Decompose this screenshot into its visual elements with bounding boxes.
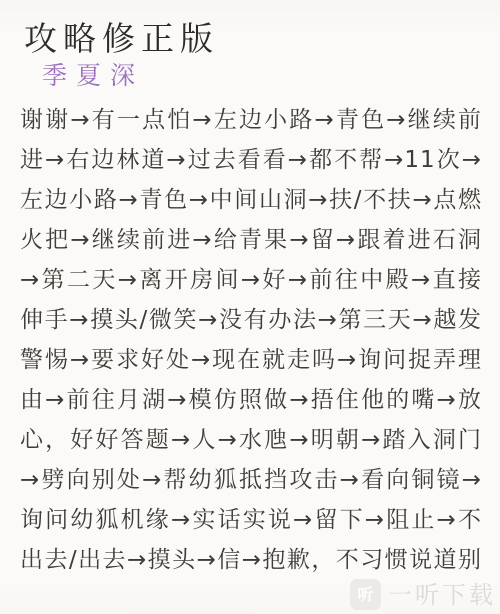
- document-page: 攻略修正版 季夏深 谢谢→有一点怕→左边小路→青色→继续前 进→右边林道→过去看…: [0, 0, 500, 614]
- guide-line: 警惕→要求好处→现在就走吗→询问捉弄理: [20, 340, 482, 380]
- guide-line: →第二天→离开房间→好→前往中殿→直接: [20, 260, 482, 300]
- guide-line: 询问幼狐机缘→实话实说→留下→阻止→不: [20, 500, 482, 540]
- yiting-logo-icon: 听: [350, 579, 381, 610]
- watermark-text: 一听下载: [388, 583, 496, 607]
- author-name: 季夏深: [42, 61, 500, 91]
- guide-line: 谢谢→有一点怕→左边小路→青色→继续前: [20, 100, 482, 140]
- guide-line: →劈向别处→帮幼狐抵挡攻击→看向铜镜→: [20, 460, 482, 500]
- guide-line: 由→前往月湖→模仿照做→捂住他的嘴→放: [20, 380, 482, 420]
- page-title: 攻略修正版: [0, 0, 500, 59]
- guide-line: 火把→继续前进→给青果→留→跟着进石洞: [20, 220, 482, 260]
- guide-line: 心，好好答题→人→水虺→明朝→踏入洞门: [20, 420, 482, 460]
- guide-line: 伸手→摸头/微笑→没有办法→第三天→越发: [20, 300, 482, 340]
- watermark: 听 一听下载: [350, 579, 496, 610]
- guide-line: 进→右边林道→过去看看→都不帮→11次→: [20, 140, 482, 180]
- guide-line: 左边小路→青色→中间山洞→扶/不扶→点燃: [20, 180, 482, 220]
- guide-line: 出去/出去→摸头→信→抱歉，不习惯说道别: [20, 540, 482, 580]
- walkthrough-text: 谢谢→有一点怕→左边小路→青色→继续前 进→右边林道→过去看看→都不帮→11次→…: [20, 100, 482, 580]
